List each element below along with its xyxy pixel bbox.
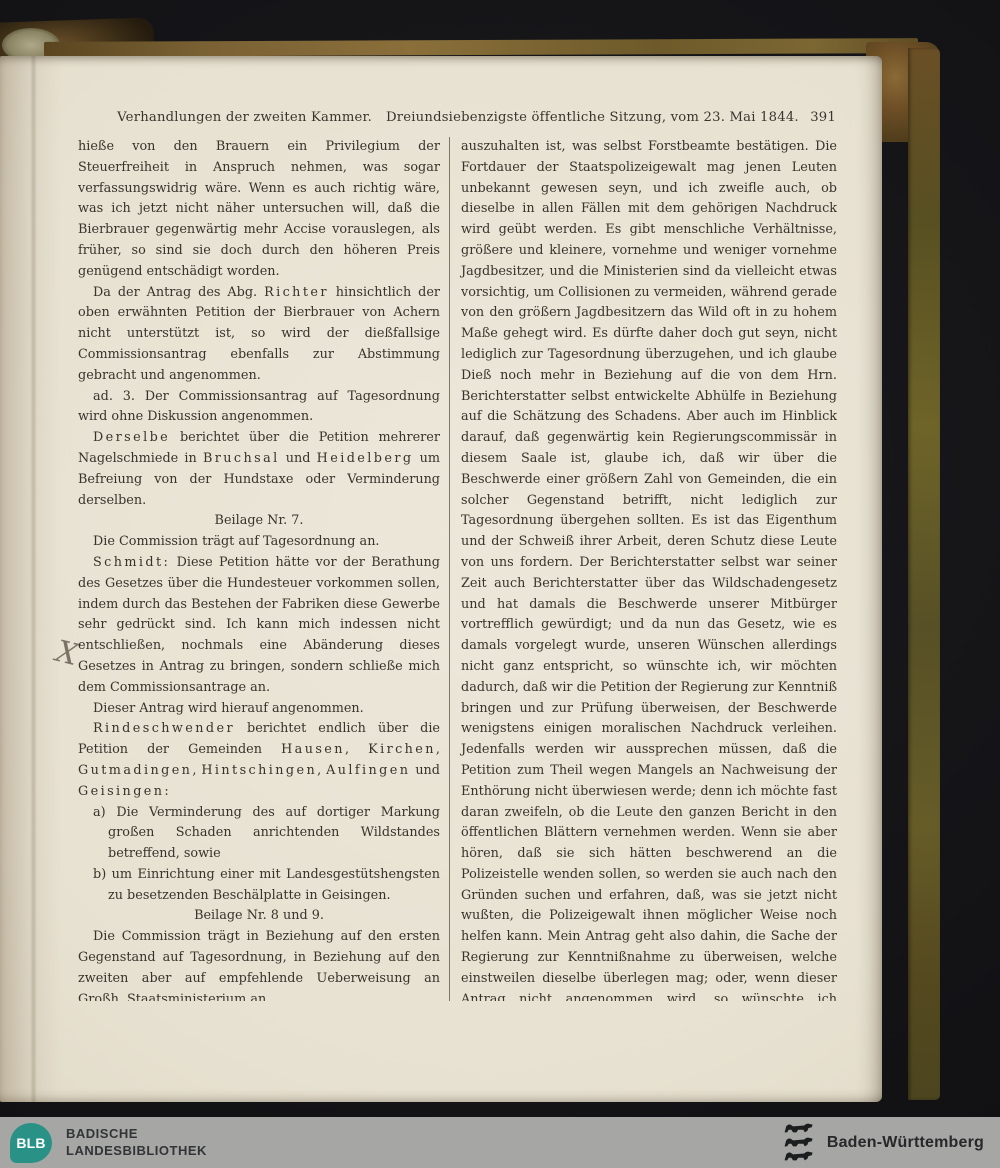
paragraph: hieße von den Brauern ein Privilegium de… [78,137,440,283]
left-column: hieße von den Brauern ein Privilegium de… [78,137,449,1001]
text-run: , [192,763,201,778]
paragraph: Da der Antrag des Abg. Richter hinsichtl… [78,283,440,387]
blb-logo-text: BLB [16,1135,45,1151]
text-run: Die Commission trägt auf Tagesordnung an… [93,534,380,549]
spaced-name: Derselbe [93,430,170,445]
text-run: hieße von den Brauern ein Privilegium de… [78,139,440,279]
text-run: Da der Antrag des Abg. [93,285,264,300]
running-head-session: Dreiundsiebenzigste öffentliche Sitzung,… [386,110,799,125]
paragraph: a) Die Verminderung des auf dortiger Mar… [78,803,440,865]
baden-wuerttemberg-coat-of-arms-icon[interactable] [782,1122,816,1163]
library-name-line2: LANDESBIBLIOTHEK [66,1143,207,1160]
spaced-name: Richter [264,285,329,300]
text-run: Dieser Antrag wird hierauf angenommen. [93,701,364,716]
running-head-title: Verhandlungen der zweiten Kammer. [117,110,372,125]
text-run: und [410,763,440,778]
spaced-name: Aulfingen [326,763,410,778]
text-run: : [164,784,168,799]
paragraph: ad. 3. Der Commissionsantrag auf Tagesor… [78,387,440,429]
blb-logo[interactable]: BLB [10,1123,52,1163]
paragraph: Derselbe berichtet über die Petition meh… [78,428,440,511]
right-column: auszuhalten ist, was selbst Forstbeamte … [449,137,837,1001]
viewer-canvas: X Verhandlungen der zweiten Kammer.Dreiu… [0,0,1000,1168]
text-run: Beilage Nr. 7. [215,513,304,528]
text-run: Die Commission trägt in Beziehung auf de… [78,929,440,1001]
text-run: b) um Einrichtung einer mit Landesgestüt… [93,867,440,903]
library-name-link[interactable]: BADISCHE LANDESBIBLIOTHEK [66,1126,207,1160]
paragraph: Beilage Nr. 7. [78,511,440,532]
viewer-footer-bar: BLB BADISCHE LANDESBIBLIOTHEK Baden-Würt… [0,1117,1000,1168]
text-run: ad. 3. Der Commissionsantrag auf Tagesor… [78,389,440,425]
text-run: , [317,763,326,778]
text-run: und [280,451,317,466]
text-columns: hieße von den Brauern ein Privilegium de… [78,137,838,1001]
paragraph: auszuhalten ist, was selbst Forstbeamte … [461,137,837,1001]
spaced-name: Schmidt: [93,555,170,570]
text-run: , [436,742,440,757]
text-run: , [345,742,368,757]
text-run: a) Die Verminderung des auf dortiger Mar… [93,805,440,862]
spaced-name: Kirchen [368,742,436,757]
library-name-line1: BADISCHE [66,1126,207,1143]
paragraph: Beilage Nr. 8 und 9. [78,906,440,927]
page-crease [30,56,37,1102]
text-run: Diese Petition hätte vor der Berathung d… [78,555,440,695]
text-run: Beilage Nr. 8 und 9. [194,908,324,923]
paragraph: Rindeschwender berichtet endlich über di… [78,719,440,802]
spaced-name: Gutmadingen [78,763,192,778]
book-cover-top-edge [44,38,918,57]
spaced-name: Hintschingen [201,763,317,778]
page-gutter-shadow [0,56,72,1102]
paragraph: b) um Einrichtung einer mit Landesgestüt… [78,865,440,907]
paragraph: Dieser Antrag wird hierauf angenommen. [78,699,440,720]
spaced-name: Hausen [281,742,345,757]
state-name-link[interactable]: Baden-Württemberg [827,1134,984,1152]
paragraph: Die Commission trägt auf Tagesordnung an… [78,532,440,553]
text-run: auszuhalten ist, was selbst Forstbeamte … [461,139,837,1001]
book-cover-right-edge [908,48,940,1100]
spaced-name: Rindeschwender [93,721,235,736]
page-number: 391 [810,110,836,125]
scanned-page: X Verhandlungen der zweiten Kammer.Dreiu… [0,56,882,1102]
spaced-name: Bruchsal [203,451,280,466]
running-head: Verhandlungen der zweiten Kammer.Dreiund… [78,110,838,125]
paragraph: Schmidt: Diese Petition hätte vor der Be… [78,553,440,699]
spaced-name: Geisingen [78,784,164,799]
paragraph: Die Commission trägt in Beziehung auf de… [78,927,440,1001]
spaced-name: Heidelberg [317,451,414,466]
